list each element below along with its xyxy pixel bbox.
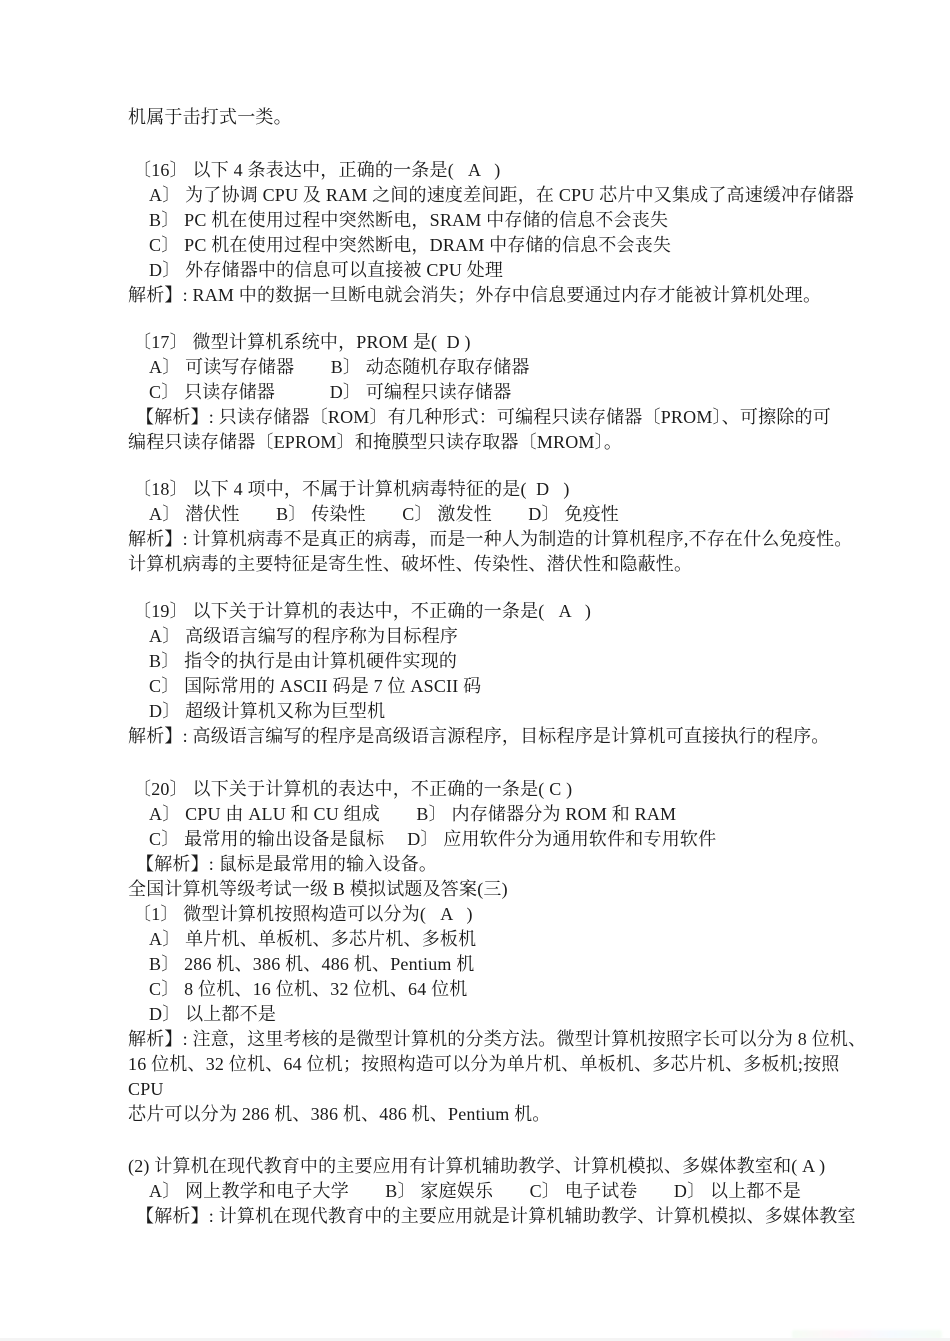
question-17-options-cd: C〕 只读存储器 D〕 可编程只读存储器: [128, 380, 868, 405]
question-20-analysis: 【解析】: 鼠标是最常用的输入设备。: [128, 852, 868, 877]
question-19-header: 〔19〕 以下关于计算机的表达中，不正确的一条是( A ): [128, 599, 868, 624]
question-19-analysis: 解析】: 高级语言编写的程序是高级语言源程序，目标程序是计算机可直接执行的程序。: [128, 724, 868, 749]
question-1-option-c: C〕 8 位机、16 位机、32 位机、64 位机: [128, 977, 868, 1002]
question-17-analysis-1: 【解析】: 只读存储器〔ROM〕有几种形式：可编程只读存储器〔PROM〕、可擦除…: [128, 405, 868, 430]
question-16-header: 〔16〕 以下 4 条表达中，正确的一条是( A ): [128, 158, 868, 183]
question-16-option-a: A〕 为了协调 CPU 及 RAM 之间的速度差间距，在 CPU 芯片中又集成了…: [128, 183, 868, 208]
question-19-option-b: B〕 指令的执行是由计算机硬件实现的: [128, 649, 868, 674]
intro-line: 机属于击打式一类。: [128, 105, 868, 130]
question-2-analysis: 【解析】: 计算机在现代教育中的主要应用就是计算机辅助教学、计算机模拟、多媒体教…: [128, 1204, 868, 1229]
question-18-block: 〔18〕 以下 4 项中，不属于计算机病毒特征的是( D ) A〕 潜伏性 B〕…: [128, 477, 868, 577]
question-2-options: A〕 网上教学和电子大学 B〕 家庭娱乐 C〕 电子试卷 D〕 以上都不是: [128, 1179, 868, 1204]
question-18-options: A〕 潜伏性 B〕 传染性 C〕 激发性 D〕 免疫性: [128, 502, 868, 527]
question-16-analysis: 解析】: RAM 中的数据一旦断电就会消失；外存中信息要通过内存才能被计算机处理…: [128, 283, 868, 308]
question-20-options-ab: A〕 CPU 由 ALU 和 CU 组成 B〕 内存储器分为 ROM 和 RAM: [128, 802, 868, 827]
question-16-block: 〔16〕 以下 4 条表达中，正确的一条是( A ) A〕 为了协调 CPU 及…: [128, 158, 868, 308]
question-20-options-cd: C〕 最常用的输出设备是鼠标 D〕 应用软件分为通用软件和专用软件: [128, 827, 868, 852]
question-1-analysis-3: 芯片可以分为 286 机、386 机、486 机、Pentium 机。: [128, 1102, 868, 1127]
question-1-header: 〔1〕 微型计算机按照构造可以分为( A ): [128, 902, 868, 927]
question-20-header: 〔20〕 以下关于计算机的表达中，不正确的一条是( C ): [128, 777, 868, 802]
question-1-option-d: D〕 以上都不是: [128, 1002, 868, 1027]
question-1-block: 〔1〕 微型计算机按照构造可以分为( A ) A〕 单片机、单板机、多芯片机、多…: [128, 902, 868, 1127]
question-1-analysis-1: 解析】: 注意，这里考核的是微型计算机的分类方法。微型计算机按照字长可以分为 8…: [128, 1027, 868, 1052]
question-18-analysis-2: 计算机病毒的主要特征是寄生性、破坏性、传染性、潜伏性和隐蔽性。: [128, 552, 868, 577]
question-1-option-a: A〕 单片机、单板机、多芯片机、多板机: [128, 927, 868, 952]
question-17-analysis-2: 编程只读存储器〔EPROM〕和掩膜型只读存取器〔MROM〕。: [128, 430, 868, 455]
document-body: 机属于击打式一类。 〔16〕 以下 4 条表达中，正确的一条是( A ) A〕 …: [128, 105, 868, 1229]
question-16-option-c: C〕 PC 机在使用过程中突然断电，DRAM 中存储的信息不会丧失: [128, 233, 868, 258]
question-19-option-d: D〕 超级计算机又称为巨型机: [128, 699, 868, 724]
intro-paragraph: 机属于击打式一类。: [128, 105, 868, 130]
question-19-option-a: A〕 高级语言编写的程序称为目标程序: [128, 624, 868, 649]
question-16-option-d: D〕 外存储器中的信息可以直接被 CPU 处理: [128, 258, 868, 283]
section-title: 全国计算机等级考试一级 B 模拟试题及答案(三): [128, 877, 868, 902]
question-20-block: 〔20〕 以下关于计算机的表达中，不正确的一条是( C ) A〕 CPU 由 A…: [128, 777, 868, 877]
question-17-header: 〔17〕 微型计算机系统中，PROM 是( D ): [128, 330, 868, 355]
question-17-options-ab: A〕 可读写存储器 B〕 动态随机存取存储器: [128, 355, 868, 380]
question-18-analysis-1: 解析】: 计算机病毒不是真正的病毒，而是一种人为制造的计算机程序,不存在什么免疫…: [128, 527, 868, 552]
question-1-option-b: B〕 286 机、386 机、486 机、Pentium 机: [128, 952, 868, 977]
question-18-header: 〔18〕 以下 4 项中，不属于计算机病毒特征的是( D ): [128, 477, 868, 502]
question-19-block: 〔19〕 以下关于计算机的表达中，不正确的一条是( A ) A〕 高级语言编写的…: [128, 599, 868, 749]
question-17-block: 〔17〕 微型计算机系统中，PROM 是( D ) A〕 可读写存储器 B〕 动…: [128, 330, 868, 455]
document-page: 机属于击打式一类。 〔16〕 以下 4 条表达中，正确的一条是( A ) A〕 …: [0, 0, 950, 1341]
question-16-option-b: B〕 PC 机在使用过程中突然断电，SRAM 中存储的信息不会丧失: [128, 208, 868, 233]
question-2-header: (2) 计算机在现代教育中的主要应用有计算机辅助教学、计算机模拟、多媒体教室和(…: [128, 1154, 868, 1179]
question-1-analysis-2: 16 位机、32 位机、64 位机；按照构造可以分为单片机、单板机、多芯片机、多…: [128, 1052, 868, 1102]
section-title-block: 全国计算机等级考试一级 B 模拟试题及答案(三): [128, 877, 868, 902]
question-19-option-c: C〕 国际常用的 ASCII 码是 7 位 ASCII 码: [128, 674, 868, 699]
question-2-block: (2) 计算机在现代教育中的主要应用有计算机辅助教学、计算机模拟、多媒体教室和(…: [128, 1154, 868, 1229]
